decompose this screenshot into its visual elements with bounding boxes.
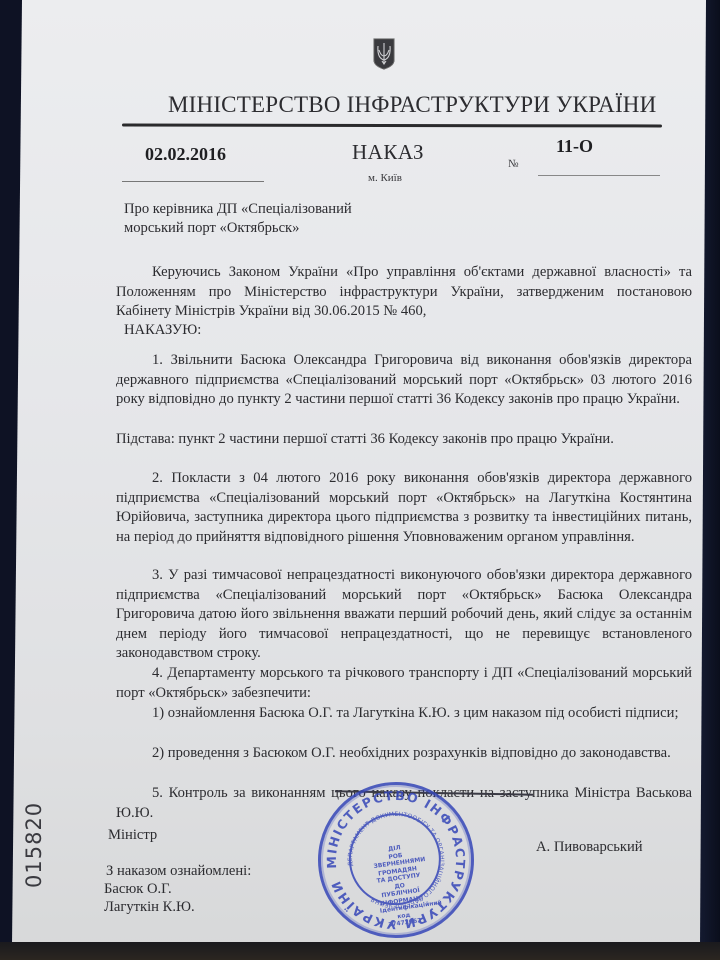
- order-item-3: 3. У разі тимчасової непрацездатності ви…: [116, 566, 692, 664]
- preamble-text: Керуючись Законом України «Про управлінн…: [116, 264, 692, 319]
- ministry-name: МІНІСТЕРСТВО ІНФРАСТРУКТУРИ УКРАЇНИ: [168, 92, 656, 118]
- trident-coat-of-arms-icon: [372, 38, 396, 70]
- acknowledged-name-1: Басюк О.Г.: [104, 880, 172, 899]
- subitem-text: 1) ознайомлення Басюка О.Г. та Лагуткіна…: [152, 705, 679, 721]
- table-surface: [0, 942, 720, 960]
- signatory-name: А. Пивоварський: [536, 838, 643, 857]
- subject-line-2: морський порт «Октябрьск»: [124, 219, 352, 238]
- orders-heading: НАКАЗУЮ:: [124, 322, 201, 339]
- number-sign: №: [508, 158, 519, 170]
- order-item-4: 4. Департаменту морського та річкового т…: [116, 664, 692, 703]
- order-item-text: 4. Департаменту морського та річкового т…: [116, 665, 692, 701]
- order-date: 02.02.2016: [145, 144, 226, 165]
- order-number: 11-О: [556, 136, 593, 157]
- number-underline: [538, 175, 660, 176]
- document-page: МІНІСТЕРСТВО ІНФРАСТРУКТУРИ УКРАЇНИ 02.0…: [0, 0, 720, 960]
- order-item-4-sub-1: 1) ознайомлення Басюка О.Г. та Лагуткіна…: [116, 704, 692, 724]
- order-item-text: 2. Покласти з 04 лютого 2016 року викона…: [116, 470, 692, 545]
- date-underline: [122, 181, 264, 182]
- basis-text: Підстава: пункт 2 частини першої статті …: [116, 431, 614, 447]
- city: м. Київ: [368, 172, 402, 184]
- acknowledged-name-2: Лагуткін К.Ю.: [104, 898, 195, 917]
- document-type: НАКАЗ: [352, 140, 424, 165]
- order-item-2: 2. Покласти з 04 лютого 2016 року викона…: [116, 469, 692, 547]
- serial-number: 015820: [22, 802, 46, 888]
- order-item-4-sub-2: 2) проведення з Басюком О.Г. необхідних …: [116, 744, 692, 764]
- order-item-1-basis: Підстава: пункт 2 частини першої статті …: [116, 430, 692, 450]
- acknowledged-label: З наказом ознайомлені:: [106, 862, 251, 881]
- header-divider: [122, 124, 662, 128]
- order-item-text: 3. У разі тимчасової непрацездатності ви…: [116, 567, 692, 661]
- subject-line-1: Про керівника ДП «Спеціалізований: [124, 200, 352, 219]
- order-subject: Про керівника ДП «Спеціалізований морськ…: [124, 200, 352, 237]
- preamble: Керуючись Законом України «Про управлінн…: [116, 263, 692, 322]
- subitem-text: 2) проведення з Басюком О.Г. необхідних …: [152, 745, 671, 761]
- order-item-1: 1. Звільнити Басюка Олександра Григорови…: [116, 351, 692, 410]
- signatory-position: Міністр: [108, 826, 157, 845]
- official-stamp: МІНІСТЕРСТВО ІНФРАСТРУКТУРИ УКРАЇНИ ДЕПА…: [308, 772, 484, 948]
- order-item-text: 1. Звільнити Басюка Олександра Григорови…: [116, 352, 692, 407]
